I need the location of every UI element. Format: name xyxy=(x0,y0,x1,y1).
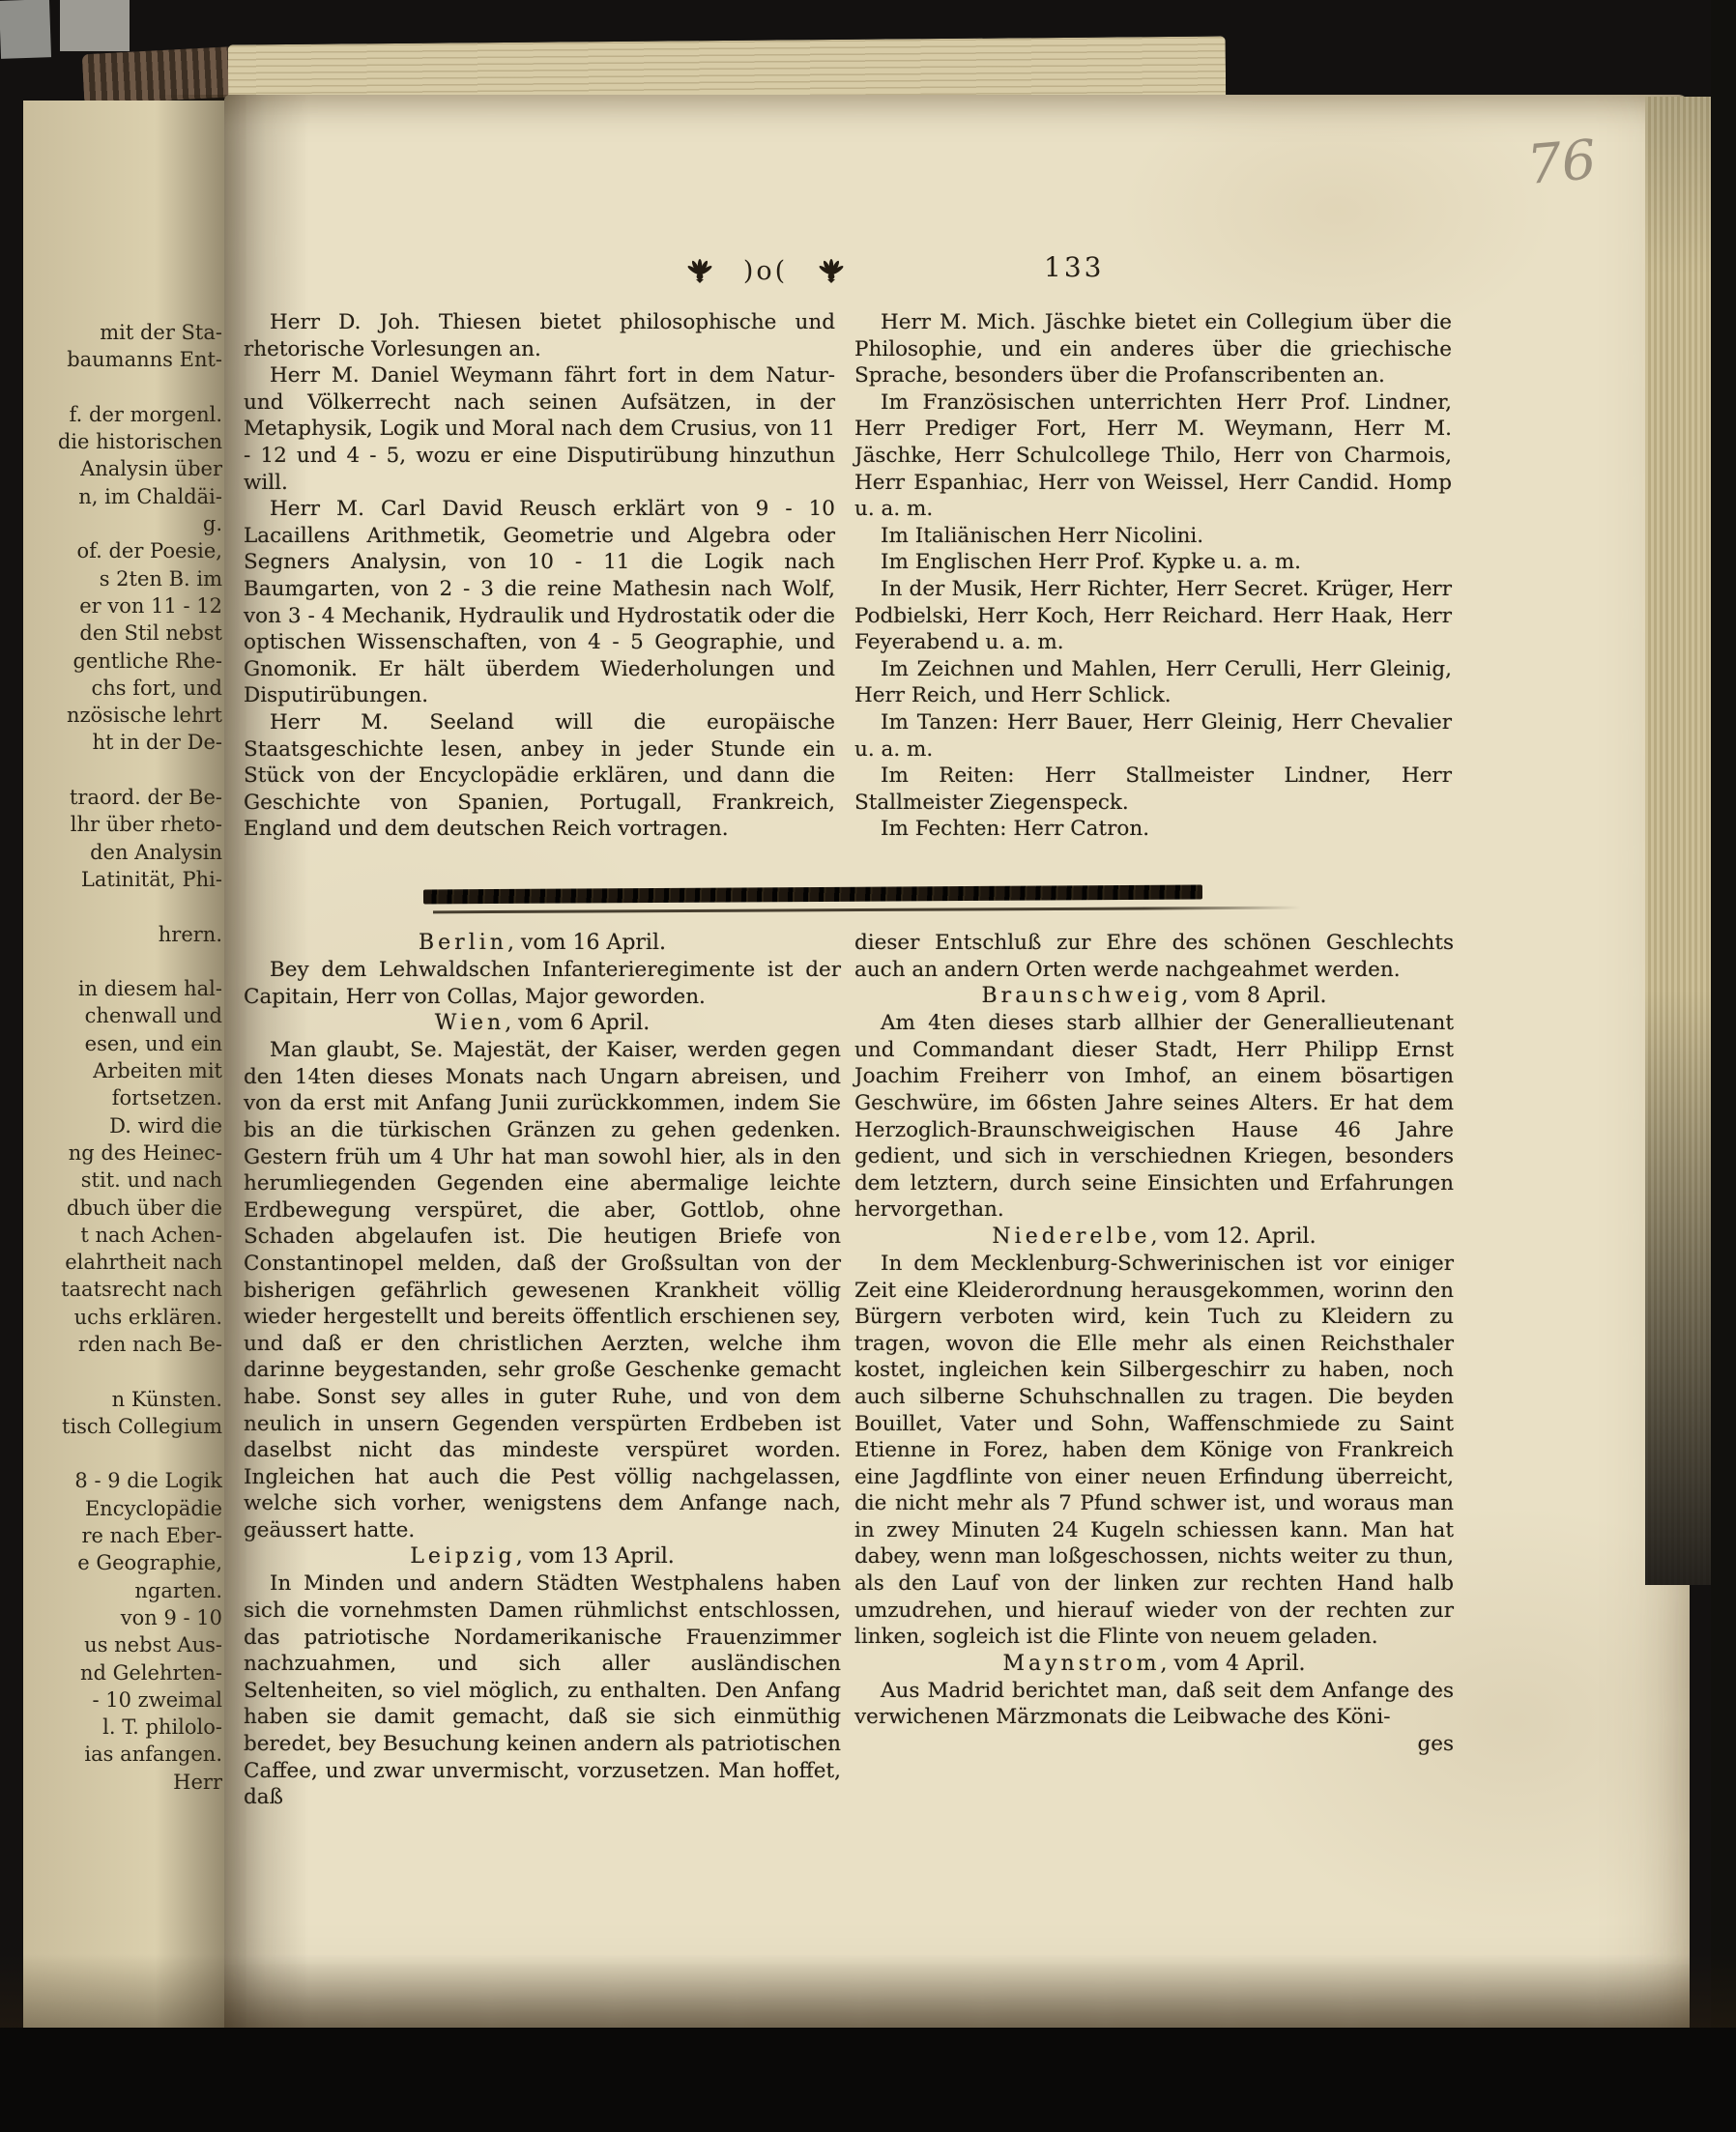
paragraph: Im Italiänischen Herr Nicolini. xyxy=(854,523,1452,550)
fragment-line xyxy=(23,374,222,401)
background-bottom xyxy=(0,2028,1736,2132)
fragment-line: 8 - 9 die Logik xyxy=(23,1467,222,1494)
paragraph: In der Musik, Herr Richter, Herr Secret.… xyxy=(854,576,1452,656)
news-paragraph: Man glaubt, Se. Majestät, der Kaiser, we… xyxy=(244,1037,841,1543)
fragment-line: nzösische lehrt xyxy=(23,702,222,729)
fragment-line: Encyclopädie xyxy=(23,1495,222,1522)
fragment-line: ias anfangen. xyxy=(23,1741,222,1768)
news-paragraph: Aus Madrid berichtet man, daß seit dem A… xyxy=(854,1678,1454,1731)
fragment-line: gentliche Rhe- xyxy=(23,648,222,675)
fragment-line: s 2ten B. im xyxy=(23,565,222,592)
paragraph: Im Fechten: Herr Catron. xyxy=(854,816,1452,843)
fragment-line: n, im Chaldäi- xyxy=(23,483,222,510)
book-board-corner-right xyxy=(60,0,130,51)
news-place: Wien xyxy=(435,1011,505,1035)
paragraph: Herr M. Seeland will die europäische Sta… xyxy=(244,709,835,843)
header-mark: )o( xyxy=(743,256,788,286)
fragment-line: chenwall und xyxy=(23,1002,222,1029)
fragment-line: - 10 zweimal xyxy=(23,1686,222,1714)
lower-right-column: dieser Entschluß zur Ehre des schönen Ge… xyxy=(854,930,1454,1758)
header-fan-ornament-left-icon xyxy=(685,258,714,283)
fragment-line: elahrtheit nach xyxy=(23,1249,222,1276)
news-paragraph: In Minden und andern Städten Westphalens… xyxy=(244,1570,841,1810)
news-place: Maynstrom xyxy=(1002,1652,1160,1676)
fragment-line: ngarten. xyxy=(23,1577,222,1604)
news-place: Niederelbe xyxy=(992,1224,1150,1249)
news-paragraph-continuation: dieser Entschluß zur Ehre des schönen Ge… xyxy=(854,930,1454,983)
fragment-line: Arbeiten mit xyxy=(23,1057,222,1084)
fragment-line: in diesem hal- xyxy=(23,975,222,1002)
fragment-line: tisch Collegium xyxy=(23,1413,222,1440)
news-heading: Maynstrom, vom 4 April. xyxy=(854,1651,1454,1678)
news-paragraph: In dem Mecklenburg-Schwerinischen ist vo… xyxy=(854,1251,1454,1651)
news-date: , vom 8 April. xyxy=(1181,984,1326,1008)
news-place: Leipzig xyxy=(410,1544,515,1569)
fragment-line xyxy=(23,757,222,784)
book-headband xyxy=(82,46,245,105)
fragment-line: Analysin über xyxy=(23,455,222,482)
fragment-line: n Künsten. xyxy=(23,1386,222,1413)
news-date: , vom 12. April. xyxy=(1151,1224,1316,1249)
news-heading: Wien, vom 6 April. xyxy=(244,1010,841,1037)
fragment-line: stit. und nach xyxy=(23,1167,222,1194)
fragment-line: e Geographie, xyxy=(23,1549,222,1576)
fragment-line xyxy=(23,1358,222,1385)
lower-left-column: Berlin, vom 16 April. Bey dem Lehwaldsch… xyxy=(244,930,841,1811)
fragment-line xyxy=(23,893,222,920)
fragment-line: baumanns Ent- xyxy=(23,346,222,373)
handwritten-folio-number: 76 xyxy=(1524,129,1599,197)
news-place: Braunschweig xyxy=(982,984,1182,1008)
page-header: )o( xyxy=(611,249,920,292)
fragment-line: hrern. xyxy=(23,921,222,948)
fragment-line xyxy=(23,948,222,975)
upper-right-column: Herr M. Mich. Jäschke bietet ein Collegi… xyxy=(854,309,1452,843)
fragment-line: dbuch über die xyxy=(23,1195,222,1222)
fragment-line: er von 11 - 12 xyxy=(23,592,222,619)
fragment-line: g. xyxy=(23,510,222,537)
left-page-fragments: mit der Sta-baumanns Ent-f. der morgenl.… xyxy=(23,319,222,1796)
background-right xyxy=(1711,0,1736,2132)
news-place: Berlin xyxy=(419,931,507,955)
news-heading: Niederelbe, vom 12. April. xyxy=(854,1224,1454,1251)
fragment-line: esen, und ein xyxy=(23,1030,222,1057)
fragment-line: fortsetzen. xyxy=(23,1084,222,1111)
fragment-line: mit der Sta- xyxy=(23,319,222,346)
fragment-line: die historischen xyxy=(23,428,222,455)
fragment-line xyxy=(23,1440,222,1467)
fragment-line: ng des Heinec- xyxy=(23,1139,222,1167)
book-board-corner-left xyxy=(0,0,51,59)
page-number: 133 xyxy=(1044,251,1104,283)
fragment-line: rden nach Be- xyxy=(23,1331,222,1358)
news-date: , vom 13 April. xyxy=(516,1544,675,1569)
fragment-line: den Analysin xyxy=(23,839,222,866)
paragraph: Im Englischen Herr Prof. Kypke u. a. m. xyxy=(854,549,1452,576)
news-date: , vom 6 April. xyxy=(505,1011,650,1035)
fragment-line: re nach Eber- xyxy=(23,1522,222,1549)
upper-left-column: Herr D. Joh. Thiesen bietet philosophisc… xyxy=(244,309,835,843)
news-heading: Leipzig, vom 13 April. xyxy=(244,1543,841,1570)
paragraph: Herr M. Daniel Weymann fährt fort in dem… xyxy=(244,362,835,496)
news-date: , vom 4 April. xyxy=(1160,1652,1305,1676)
catchword: ges xyxy=(854,1731,1454,1758)
fragment-line: den Stil nebst xyxy=(23,619,222,647)
paragraph: Im Reiten: Herr Stallmeister Lindner, He… xyxy=(854,763,1452,816)
fragment-line: traord. der Be- xyxy=(23,784,222,811)
fragment-line: Latinität, Phi- xyxy=(23,866,222,893)
fragment-line: us nebst Aus- xyxy=(23,1631,222,1658)
fragment-line: l. T. philolo- xyxy=(23,1714,222,1741)
fragment-line: f. der morgenl. xyxy=(23,401,222,428)
paragraph: Herr M. Mich. Jäschke bietet ein Collegi… xyxy=(854,309,1452,389)
paragraph: Im Zeichnen und Mahlen, Herr Cerulli, He… xyxy=(854,656,1452,709)
fragment-line: chs fort, und xyxy=(23,675,222,702)
news-date: , vom 16 April. xyxy=(507,931,666,955)
news-paragraph: Am 4ten dieses starb allhier der General… xyxy=(854,1010,1454,1224)
header-fan-ornament-right-icon xyxy=(817,258,846,283)
fragment-line: von 9 - 10 xyxy=(23,1604,222,1631)
fragment-line: lhr über rheto- xyxy=(23,811,222,838)
paragraph: Im Französischen unterrichten Herr Prof.… xyxy=(854,389,1452,523)
fragment-line: uchs erklären. xyxy=(23,1304,222,1331)
news-heading: Braunschweig, vom 8 April. xyxy=(854,983,1454,1010)
fragment-line: ht in der De- xyxy=(23,729,222,756)
fragment-line: t nach Achen- xyxy=(23,1222,222,1249)
fragment-line: D. wird die xyxy=(23,1112,222,1139)
book-scan-photo: mit der Sta-baumanns Ent-f. der morgenl.… xyxy=(0,0,1736,2132)
left-page-edge: mit der Sta-baumanns Ent-f. der morgenl.… xyxy=(23,101,230,2030)
news-heading: Berlin, vom 16 April. xyxy=(244,930,841,957)
fragment-line: nd Gelehrten- xyxy=(23,1659,222,1686)
paragraph: Herr M. Carl David Reusch erklärt von 9 … xyxy=(244,496,835,709)
fragment-line: Herr xyxy=(23,1769,222,1796)
paragraph: Im Tanzen: Herr Bauer, Herr Gleinig, Her… xyxy=(854,709,1452,763)
news-paragraph: Bey dem Lehwaldschen Infanterieregimente… xyxy=(244,957,841,1010)
fragment-line: of. der Poesie, xyxy=(23,537,222,564)
fragment-line: taatsrecht nach xyxy=(23,1276,222,1303)
paragraph: Herr D. Joh. Thiesen bietet philosophisc… xyxy=(244,309,835,362)
